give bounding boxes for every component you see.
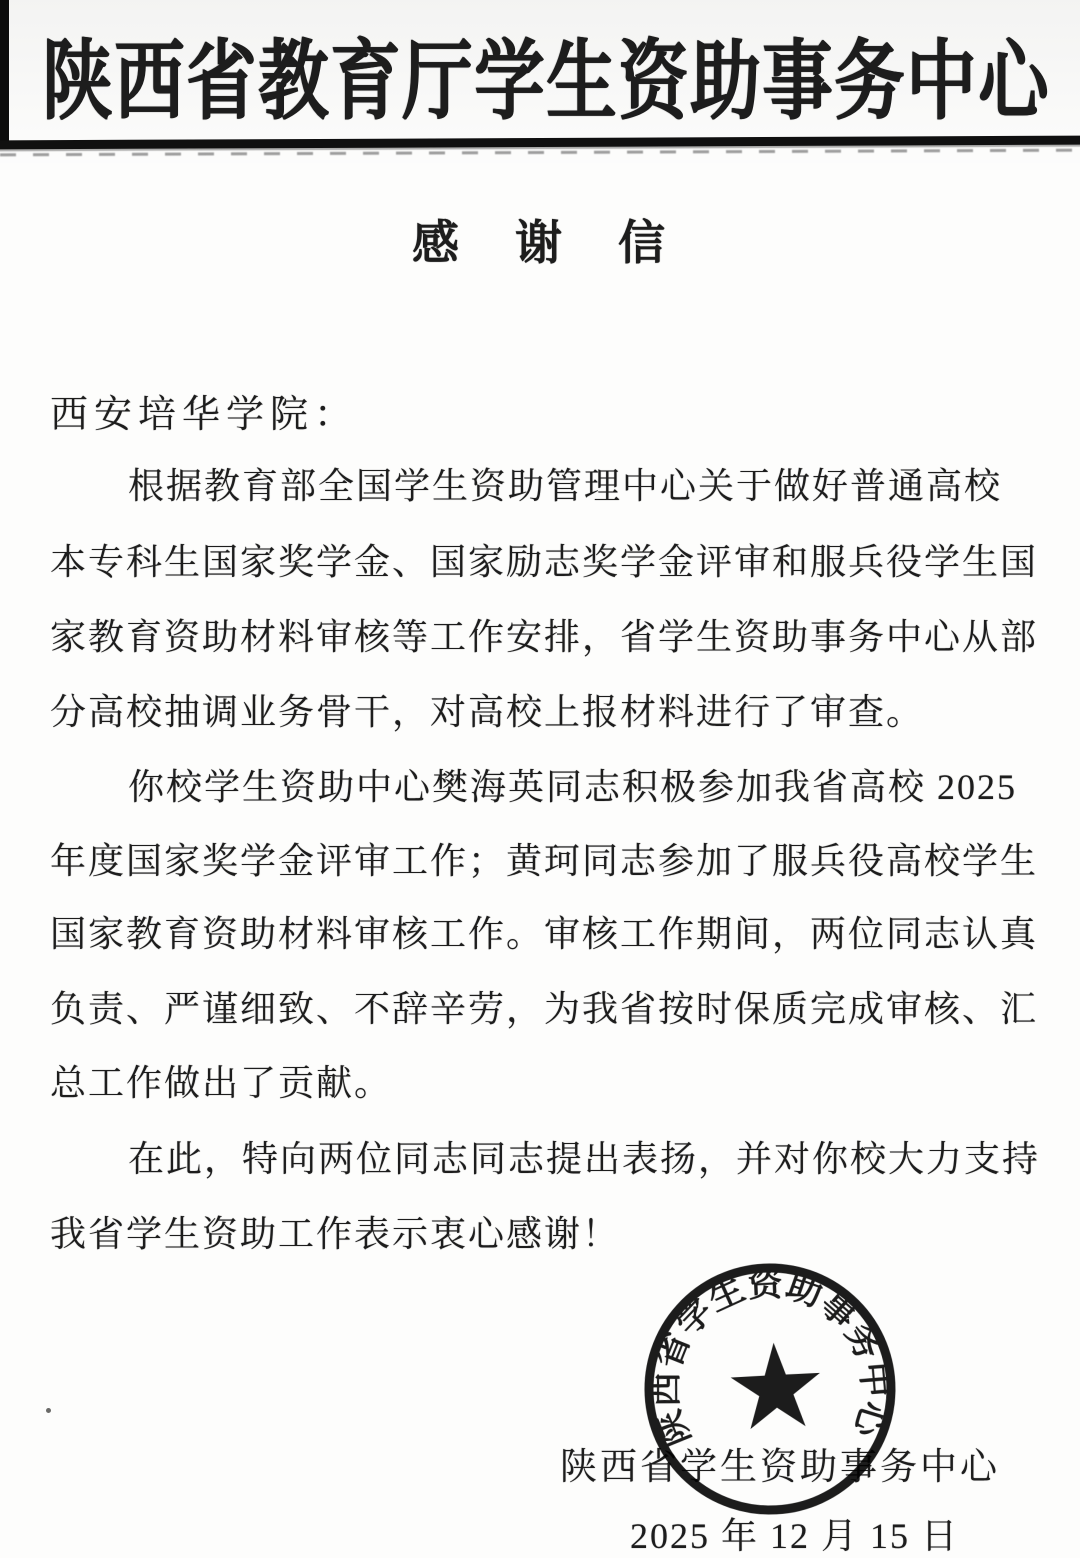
header-rule bbox=[0, 136, 1080, 150]
scan-speck-artifact bbox=[46, 1408, 51, 1413]
header-rule-shadow bbox=[0, 149, 1080, 157]
salutation: 西安培华学院： bbox=[50, 383, 358, 438]
body-line: 根据教育部全国学生资助管理中心关于做好普通高校 bbox=[128, 458, 1002, 509]
scan-edge-artifact bbox=[0, 0, 9, 148]
body-line: 负责、严谨细致、不辞辛劳，为我省按时保质完成审核、汇 bbox=[50, 981, 1038, 1032]
body-line: 在此，特向两位同志同志提出表扬，并对你校大力支持 bbox=[128, 1131, 1040, 1182]
star-icon bbox=[729, 1340, 823, 1430]
body-line: 总工作做出了贡献。 bbox=[50, 1055, 392, 1106]
body-line: 国家教育资助材料审核工作。审核工作期间，两位同志认真 bbox=[50, 906, 1038, 957]
body-line: 你校学生资助中心樊海英同志积极参加我省高校 2025 bbox=[128, 759, 1017, 810]
body-line: 分高校抽调业务骨干，对高校上报材料进行了审查。 bbox=[50, 684, 924, 735]
scanned-letter-page: 陕西省教育厅学生资助事务中心 感谢信 西安培华学院： 根据教育部全国学生资助管理… bbox=[0, 0, 1080, 1558]
body-line: 年度国家奖学金评审工作；黄珂同志参加了服兵役高校学生 bbox=[50, 833, 1038, 884]
official-seal: 陕西省学生资助事务中心 bbox=[628, 1247, 912, 1531]
letter-title: 感谢信 bbox=[412, 206, 721, 273]
seal-arc-text: 陕西省学生资助事务中心 bbox=[639, 1258, 898, 1455]
body-line: 家教育资助材料审核等工作安排，省学生资助事务中心从部 bbox=[50, 609, 1038, 660]
body-line: 本专科生国家奖学金、国家励志奖学金评审和服兵役学生国 bbox=[50, 534, 1038, 585]
body-line: 我省学生资助工作表示衷心感谢！ bbox=[50, 1206, 620, 1257]
seal-arc-text-holder: 陕西省学生资助事务中心 bbox=[639, 1258, 898, 1455]
letterhead: 陕西省教育厅学生资助事务中心 bbox=[42, 12, 1050, 137]
